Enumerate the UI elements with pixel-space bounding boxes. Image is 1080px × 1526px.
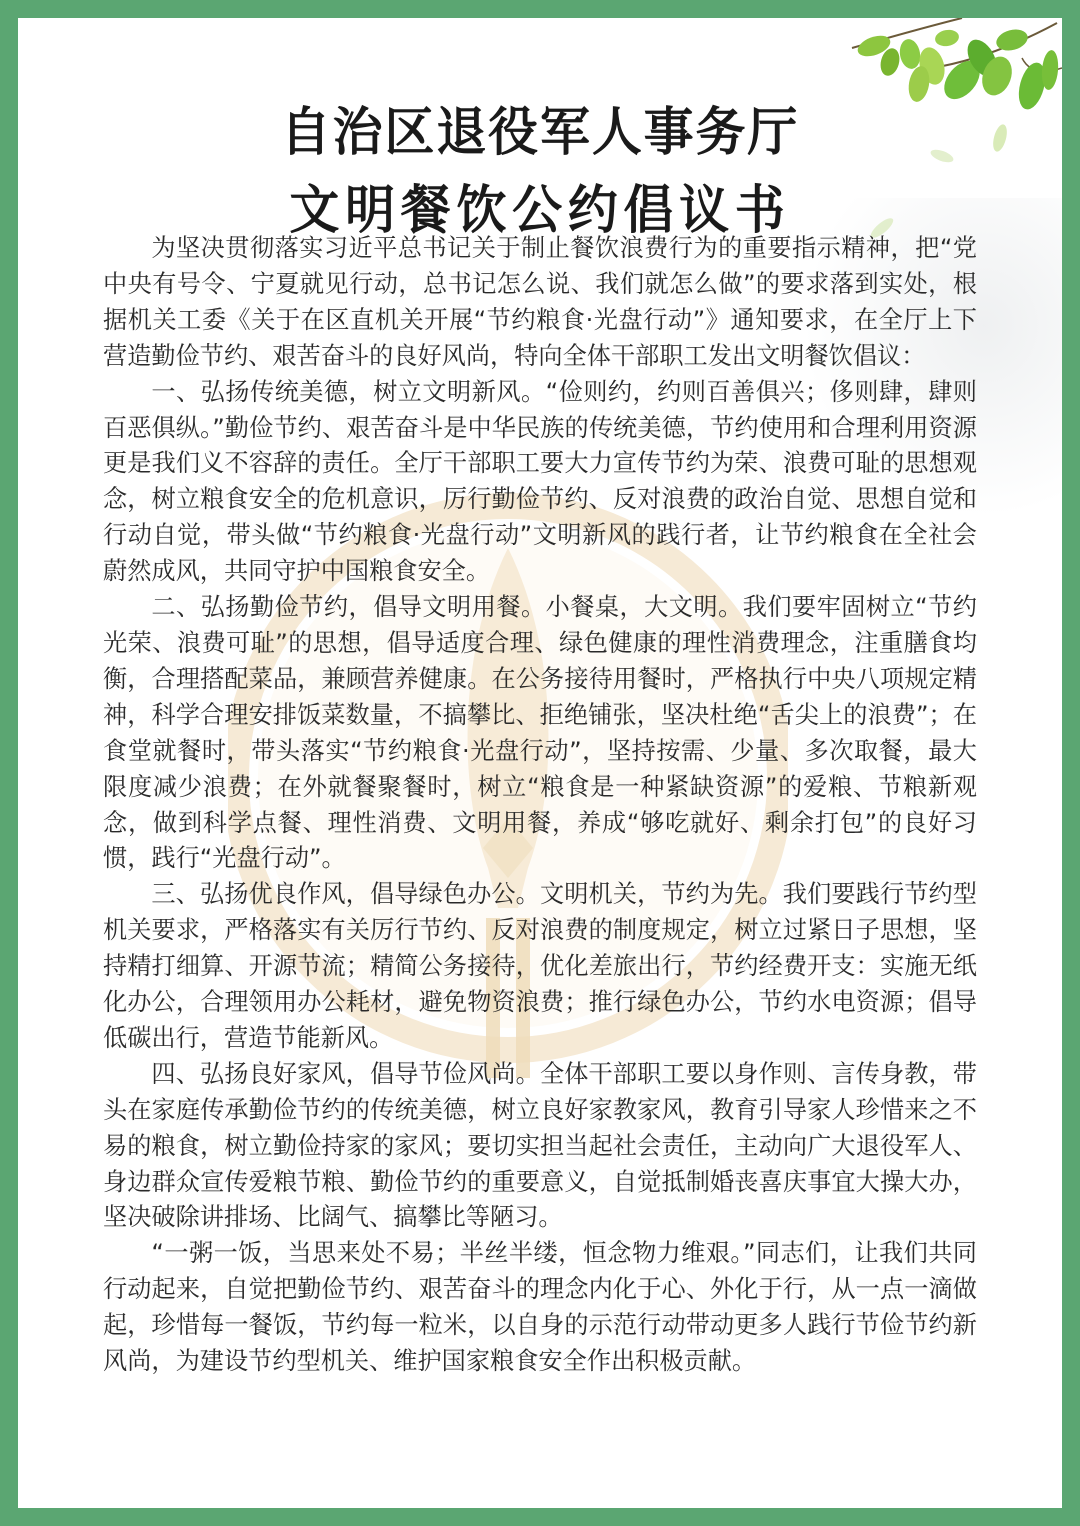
paragraph-section-2: 二、弘扬勤俭节约，倡导文明用餐。小餐桌，大文明。我们要牢固树立“节约光荣、浪费可… bbox=[103, 590, 977, 877]
poster-page: 自治区退役军人事务厅 文明餐饮公约倡议书 为坚决贯彻落实习近平总书记关于制止餐饮… bbox=[18, 18, 1062, 1508]
paragraph-section-4: 四、弘扬良好家风，倡导节俭风尚。全体干部职工要以身作则、言传身教，带头在家庭传承… bbox=[103, 1057, 977, 1237]
document-body: 为坚决贯彻落实习近平总书记关于制止餐饮浪费行为的重要指示精神，把“党中央有号令、… bbox=[103, 231, 977, 1380]
paragraph-section-1: 一、弘扬传统美德，树立文明新风。“俭则约，约则百善俱兴；侈则肆，肆则百恶俱纵。”… bbox=[103, 375, 977, 590]
paragraph-intro: 为坚决贯彻落实习近平总书记关于制止餐饮浪费行为的重要指示精神，把“党中央有号令、… bbox=[103, 231, 977, 375]
paragraph-section-3: 三、弘扬优良作风，倡导绿色办公。文明机关，节约为先。我们要践行节约型机关要求，严… bbox=[103, 877, 977, 1057]
title-line-organization: 自治区退役军人事务厅 bbox=[39, 90, 1041, 165]
paragraph-conclusion: “一粥一饭，当思来处不易；半丝半缕，恒念物力维艰。”同志们，让我们共同行动起来，… bbox=[103, 1236, 977, 1380]
